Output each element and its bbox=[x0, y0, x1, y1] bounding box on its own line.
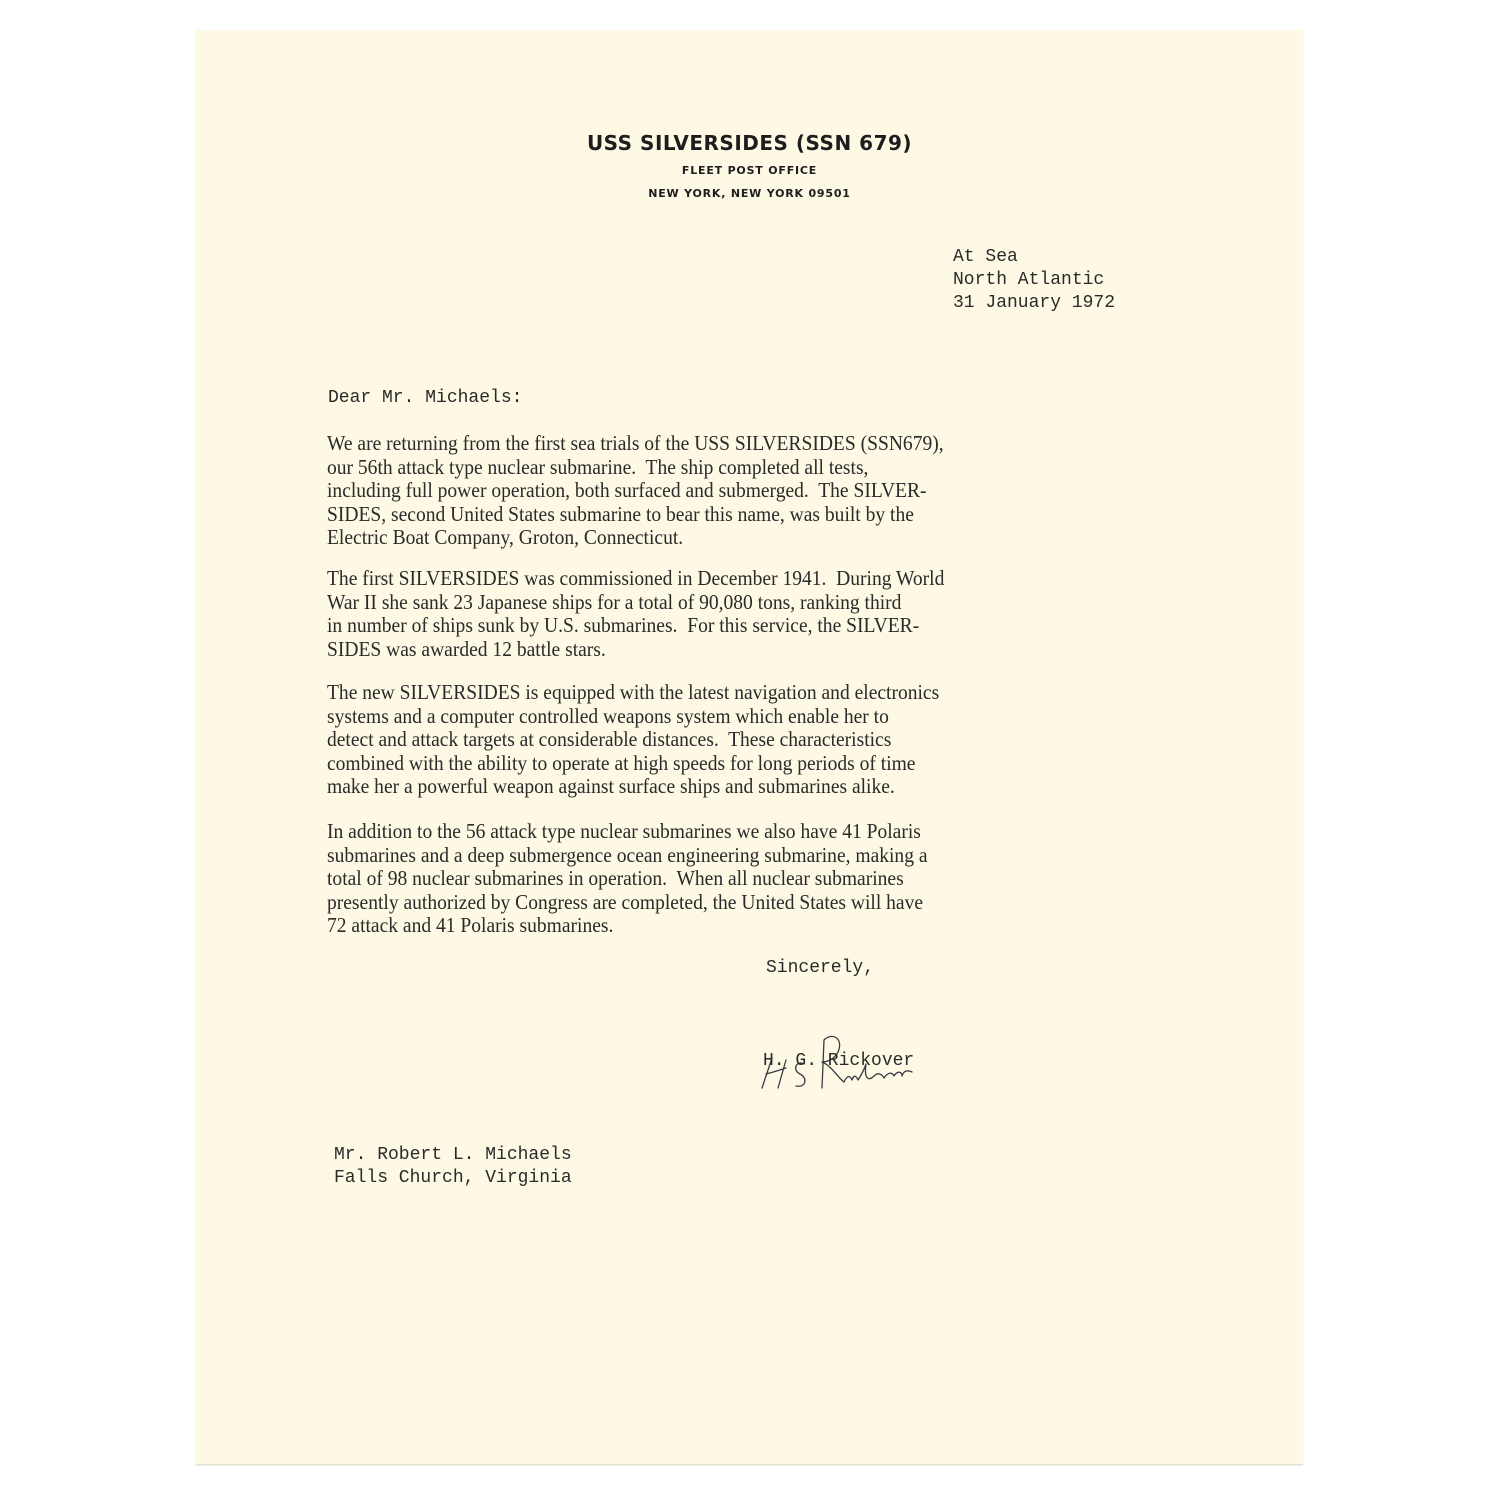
paragraph-fleet-totals: In addition to the 56 attack type nuclea… bbox=[327, 820, 928, 938]
recipient-block: Mr. Robert L. Michaels Falls Church, Vir… bbox=[334, 1144, 572, 1190]
dateline-date: 31 January 1972 bbox=[953, 293, 1115, 313]
paragraph-sea-trials: We are returning from the first sea tria… bbox=[327, 432, 944, 550]
paragraph-first-silversides: The first SILVERSIDES was commissioned i… bbox=[327, 567, 944, 661]
typed-signature-name: H. G. Rickover bbox=[763, 1050, 914, 1073]
dateline: At Sea North Atlantic 31 January 1972 bbox=[953, 246, 1115, 315]
letterhead-address: NEW YORK, NEW YORK 09501 bbox=[196, 187, 1303, 200]
paragraph-new-silversides: The new SILVERSIDES is equipped with the… bbox=[327, 681, 939, 799]
letter-page: USS SILVERSIDES (SSN 679) FLEET POST OFF… bbox=[196, 30, 1303, 1465]
letterhead-office: FLEET POST OFFICE bbox=[196, 164, 1303, 177]
recipient-location: Falls Church, Virginia bbox=[334, 1168, 572, 1188]
dateline-location-2: North Atlantic bbox=[953, 270, 1104, 290]
salutation: Dear Mr. Michaels: bbox=[328, 387, 522, 410]
letterhead-title: USS SILVERSIDES (SSN 679) bbox=[196, 131, 1303, 155]
closing: Sincerely, bbox=[766, 957, 874, 980]
dateline-location-1: At Sea bbox=[953, 247, 1018, 267]
recipient-name: Mr. Robert L. Michaels bbox=[334, 1145, 572, 1165]
